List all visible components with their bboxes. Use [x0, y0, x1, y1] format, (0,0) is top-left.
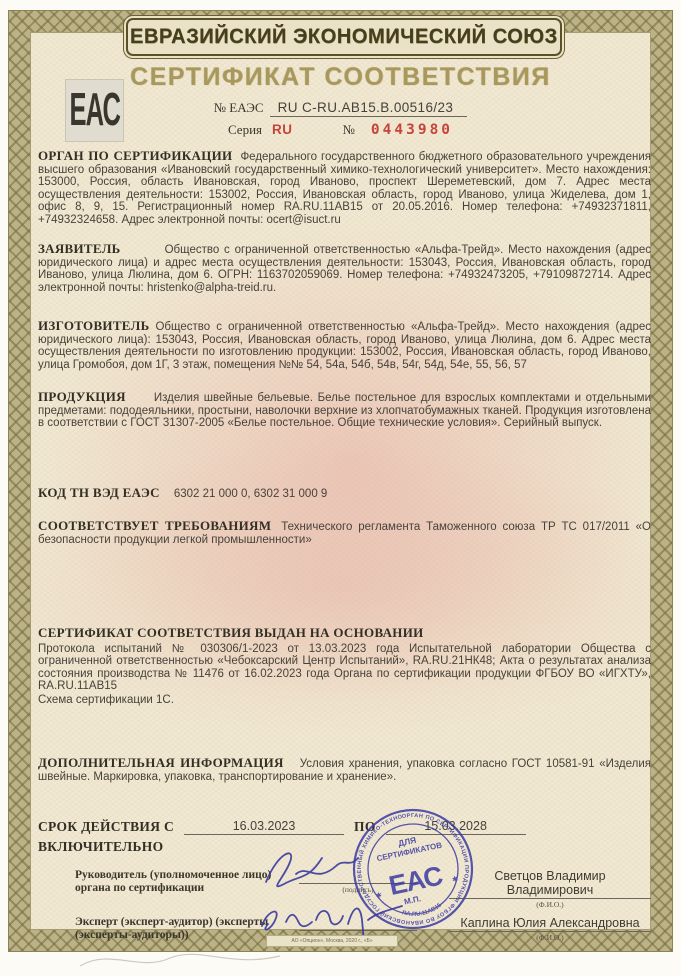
eaeu-header-box: ЕВРАЗИЙСКИЙ ЭКОНОМИЧЕСКИЙ СОЮЗ: [126, 18, 562, 56]
section-products: ПРОДУКЦИЯИзделия швейные бельевые. Белье…: [38, 391, 651, 430]
validity-from-label: СРОК ДЕЙСТВИЯ С: [38, 819, 174, 835]
validity-from-date: 16.03.2023: [184, 819, 344, 835]
section-label: ДОПОЛНИТЕЛЬНАЯ ИНФОРМАЦИЯ: [38, 755, 284, 770]
section-complies-with: СООТВЕТСТВУЕТ ТРЕБОВАНИЯМТехнического ре…: [38, 520, 651, 546]
handwritten-signatures: [252, 840, 432, 940]
section-label: ИЗГОТОВИТЕЛЬ: [38, 318, 149, 333]
section-manufacturer: ИЗГОТОВИТЕЛЬОбщество с ограниченной отве…: [38, 320, 651, 371]
section-label: ЗАЯВИТЕЛЬ: [38, 241, 121, 256]
section-text: 6302 21 000 0, 6302 31 000 9: [174, 488, 327, 500]
section-label: СООТВЕТСТВУЕТ ТРЕБОВАНИЯМ: [38, 518, 271, 533]
section-label: КОД ТН ВЭД ЕАЭС: [38, 485, 160, 500]
section-additional-info: ДОПОЛНИТЕЛЬНАЯ ИНФОРМАЦИЯУсловия хранени…: [38, 757, 651, 783]
certificate-title: СЕРТИФИКАТ СООТВЕТСТВИЯ: [0, 63, 681, 92]
expert-name: Каплина Юлия Александровна: [449, 916, 651, 932]
certificate-number-value: RU C-RU.АВ15.В.00516/23: [270, 100, 468, 117]
serial-number-label: №: [343, 122, 355, 138]
section-text: Изделия швейные бельевые. Белье постельн…: [38, 392, 651, 429]
series-label: Серия: [228, 122, 262, 138]
section-issued-basis: СЕРТИФИКАТ СООТВЕТСТВИЯ ВЫДАН НА ОСНОВАН…: [38, 627, 651, 707]
certification-scheme: Схема сертификации 1С.: [38, 694, 651, 707]
head-name-field: Светцов Владимир Владимирович (Ф.И.О.): [449, 869, 651, 909]
section-text: Общество с ограниченной ответственностью…: [38, 244, 651, 294]
fio-caption: (Ф.И.О.): [449, 900, 651, 909]
certificate-number-label: № ЕАЭС: [214, 100, 264, 115]
fio-caption: (Ф.И.О.): [449, 933, 651, 942]
section-label: ПРОДУКЦИЯ: [38, 389, 126, 404]
series-value: RU: [272, 122, 293, 138]
section-label: СЕРТИФИКАТ СООТВЕТСТВИЯ ВЫДАН НА ОСНОВАН…: [38, 627, 651, 640]
head-signature-ink: [266, 853, 358, 886]
eaeu-header-title: ЕВРАЗИЙСКИЙ ЭКОНОМИЧЕСКИЙ СОЮЗ: [130, 25, 558, 49]
certificate-page: ЕВРАЗИЙСКИЙ ЭКОНОМИЧЕСКИЙ СОЮЗ ЕАС СЕРТИ…: [0, 0, 681, 976]
serial-number-value: 0443980: [371, 122, 453, 138]
expert-name-field: Каплина Юлия Александровна (Ф.И.О.): [449, 916, 651, 942]
series-line: Серия RU № 0443980: [0, 122, 681, 138]
head-name: Светцов Владимир Владимирович: [449, 869, 651, 899]
certificate-number-line: № ЕАЭСRU C-RU.АВ15.В.00516/23: [0, 100, 681, 116]
section-tnved-code: КОД ТН ВЭД ЕАЭС6302 21 000 0, 6302 31 00…: [38, 487, 651, 501]
section-label: ОРГАН ПО СЕРТИФИКАЦИИ: [38, 148, 232, 163]
printer-mark: АО «Опцион», Москва, 2020 г., «Б»: [266, 935, 398, 947]
section-certification-body: ОРГАН ПО СЕРТИФИКАЦИИФедерального госуда…: [38, 150, 651, 227]
section-text: Протокола испытаний № 030306/1-2023 от 1…: [38, 643, 651, 693]
section-applicant: ЗАЯВИТЕЛЬОбщество с ограниченной ответст…: [38, 243, 651, 294]
